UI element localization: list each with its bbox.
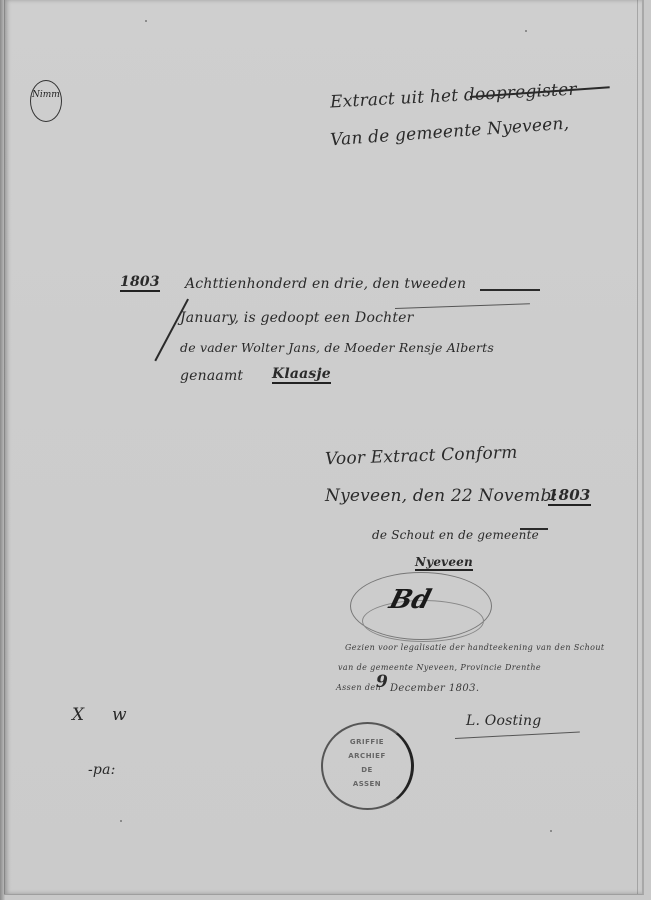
page-crease (4, 0, 5, 894)
entry-child-name: Klaasje (272, 366, 331, 384)
entry-line-4-prefix: genaamt (180, 368, 243, 384)
certification-line-3: de Schout en de gemeente (372, 528, 539, 542)
bottom-mark-initials: -pa: (88, 762, 116, 778)
margin-circle-mark (30, 80, 62, 122)
certification-line-2-place: Nyeveen, den 22 Novemb: (325, 486, 557, 506)
paper-speck (120, 820, 122, 822)
schout-signature: Bd (386, 585, 434, 615)
legalization-line-2: van de gemeente Nyeveen, Provincie Drent… (338, 663, 541, 672)
paper-speck (550, 830, 552, 832)
paper-speck (145, 20, 147, 22)
legalization-day: 9 (376, 672, 388, 692)
margin-initials: Nimm (32, 90, 60, 100)
certification-line-4: Nyeveen (415, 555, 473, 571)
entry-line-1: Achttienhonderd en drie, den tweeden (185, 276, 466, 292)
certification-year: 1803 (548, 486, 591, 506)
stamp-line-3: DE (323, 766, 411, 774)
bottom-mark-w: w (112, 705, 127, 725)
certification-rule (520, 528, 548, 530)
stamp-line-2: ARCHIEF (323, 752, 411, 760)
archive-stamp: GRIFFIE ARCHIEF DE ASSEN (321, 722, 414, 810)
paper-speck (525, 30, 527, 32)
entry-line-2: January, is gedoopt een Dochter (180, 310, 414, 326)
stamp-line-1: GRIFFIE (323, 738, 411, 746)
bottom-mark-x: X (72, 705, 84, 725)
stamp-line-4: ASSEN (323, 780, 411, 788)
entry-line-3: de vader Wolter Jans, de Moeder Rensje A… (180, 340, 494, 355)
entry-number: 1803 (120, 274, 160, 292)
legalization-signature: L. Oosting (466, 713, 541, 729)
entry-rule-1 (480, 289, 540, 291)
page-crease-right (637, 0, 638, 894)
legalization-line-3-prefix: Assen den (336, 683, 381, 692)
legalization-line-3-rest: December 1803. (390, 683, 479, 694)
legalization-line-1: Gezien voor legalisatie der handteekenin… (345, 643, 605, 652)
